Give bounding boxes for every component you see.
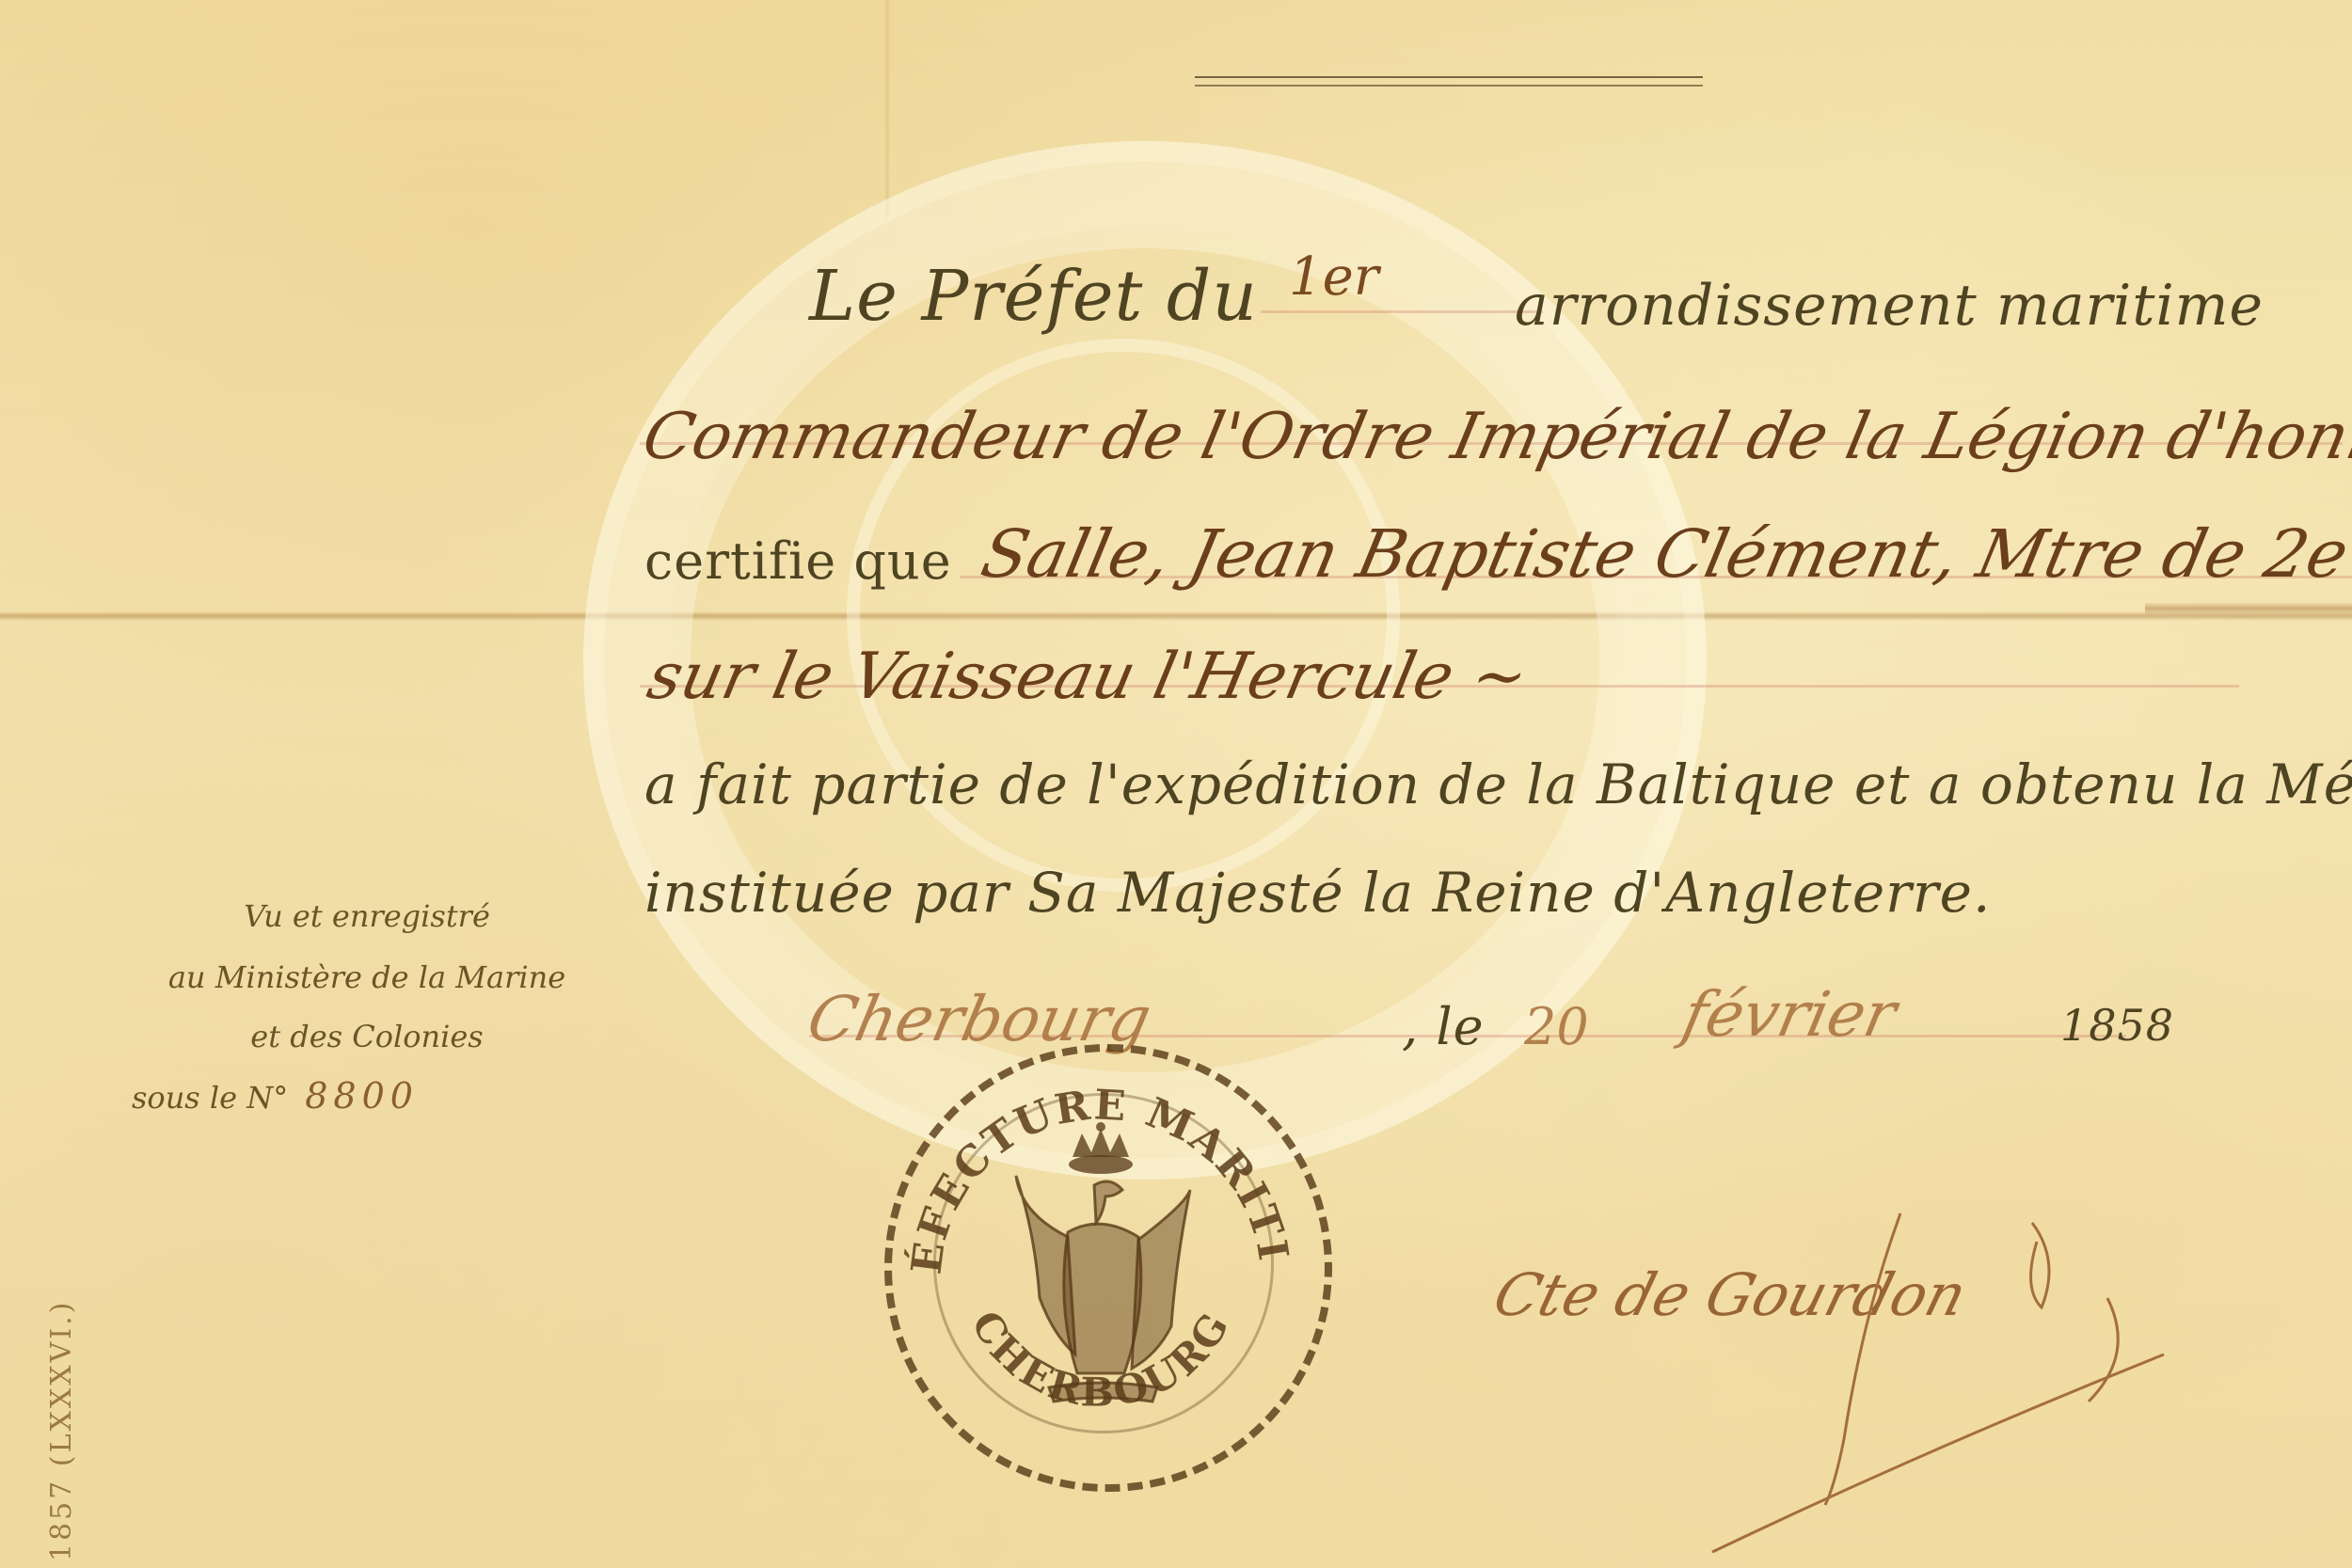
- handwritten-day: 20: [1524, 997, 1589, 1056]
- registration-line-4: sous le N°8800: [132, 1075, 640, 1117]
- registration-line-2: au Ministère de la Marine: [113, 959, 621, 995]
- registration-line-1: Vu et enregistré: [113, 898, 621, 934]
- vertical-imprint: 1857 (LXXXVI.): [45, 1300, 78, 1561]
- registration-line-3: et des Colonies: [113, 1019, 621, 1054]
- handwritten-month: février: [1677, 978, 1902, 1051]
- top-double-rule: [1195, 76, 1703, 87]
- printed-instituee: instituée par Sa Majesté la Reine d'Angl…: [644, 861, 1991, 925]
- handwritten-arrondissement-number: 1er: [1289, 246, 1379, 308]
- handwritten-recipient-name: Salle, Jean Baptiste Clément, Mtre de 2e…: [975, 515, 2352, 593]
- printed-arrondissement: arrondissement maritime: [1515, 273, 2264, 339]
- printed-le: , le: [1402, 997, 1485, 1056]
- handwritten-ship: sur le Vaisseau l'Hercule ~: [642, 640, 1534, 714]
- registration-number: 8800: [305, 1075, 419, 1117]
- handwritten-commandeur: Commandeur de l'Ordre Impérial de la Lég…: [637, 400, 2352, 474]
- ruled-guide: [1261, 310, 1543, 313]
- printed-certifie-que: certifie que: [644, 531, 952, 591]
- printed-prefet: Le Préfet du: [809, 256, 1258, 337]
- printed-expedition: a fait partie de l'expédition de la Balt…: [644, 752, 2352, 816]
- vertical-fold: [884, 0, 890, 216]
- signature-flourish: [1693, 1204, 2183, 1561]
- printed-year: 1858: [2060, 1000, 2174, 1051]
- fold-tear: [2145, 602, 2352, 615]
- eagle-crown-icon: [983, 1119, 1218, 1430]
- registration-prefix: sous le N°: [132, 1080, 288, 1116]
